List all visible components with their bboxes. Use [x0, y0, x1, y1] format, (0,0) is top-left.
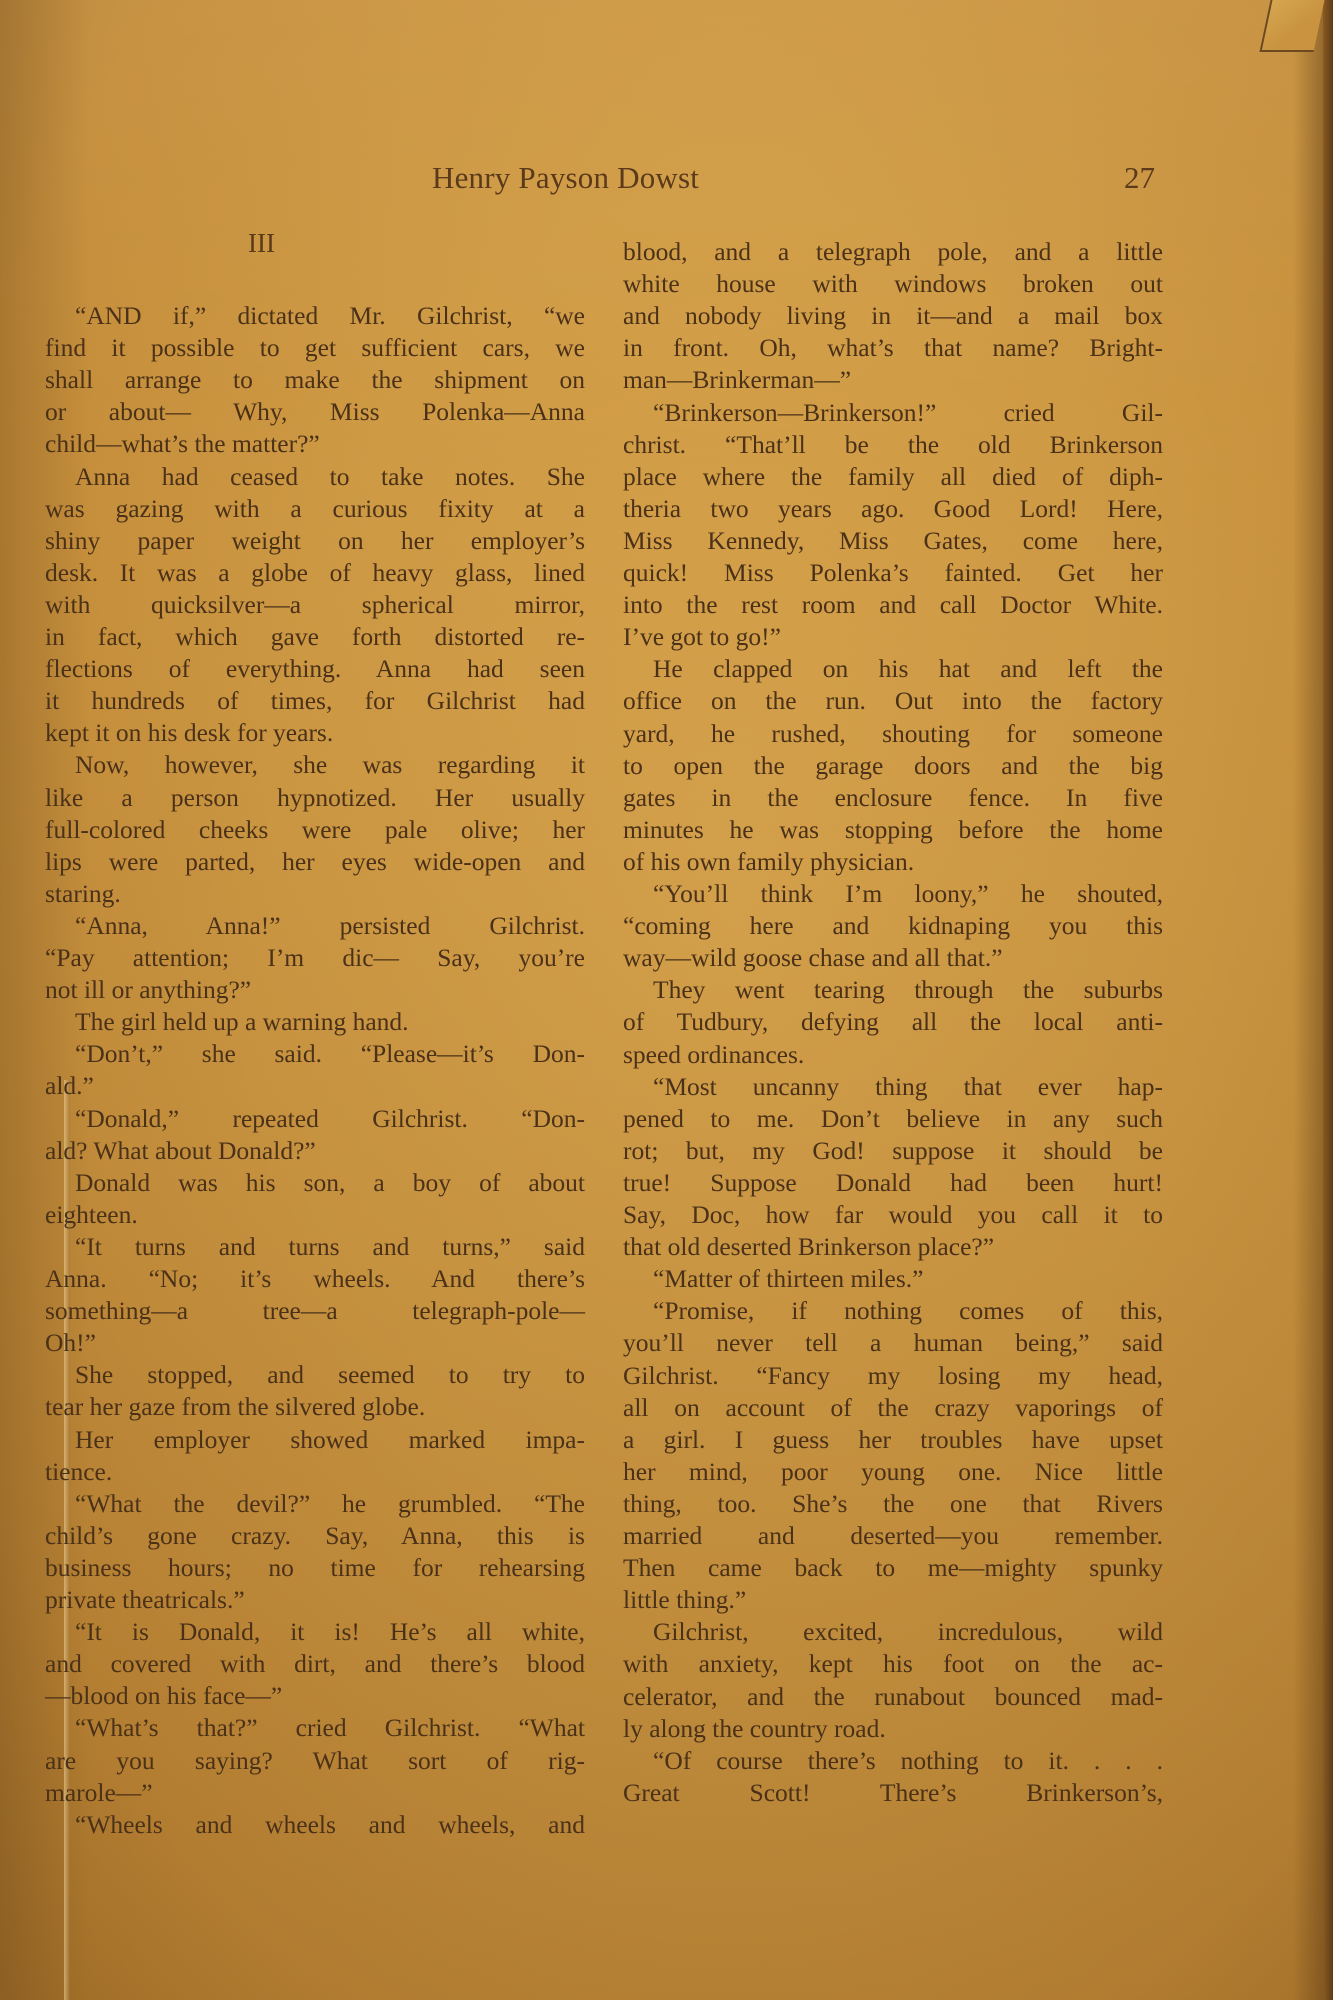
text-line: Anna. “No; it’s wheels. And there’s: [45, 1263, 585, 1295]
text-line: gates in the enclosure fence. In five: [623, 782, 1163, 814]
text-line: Say, Doc, how far would you call it to: [623, 1199, 1163, 1231]
text-line: business hours; no time for rehearsing: [45, 1552, 585, 1584]
text-line: you’ll never tell a human being,” said: [623, 1327, 1163, 1359]
text-line: “Anna, Anna!” persisted Gilchrist.: [45, 910, 585, 942]
text-line: with anxiety, kept his foot on the ac-: [623, 1648, 1163, 1680]
text-line: to open the garage doors and the big: [623, 750, 1163, 782]
running-head: Henry Payson Dowst 27: [0, 160, 1333, 204]
text-line: was gazing with a curious fixity at a: [45, 493, 585, 525]
text-line: way—wild goose chase and all that.”: [623, 942, 1163, 974]
text-line: theria two years ago. Good Lord! Here,: [623, 493, 1163, 525]
text-line: “You’ll think I’m loony,” he shouted,: [623, 878, 1163, 910]
text-line: “Don’t,” she said. “Please—it’s Don-: [45, 1038, 585, 1070]
text-line: lips were parted, her eyes wide-open and: [45, 846, 585, 878]
text-line: all on account of the crazy vaporings of: [623, 1392, 1163, 1424]
text-line: flections of everything. Anna had seen: [45, 653, 585, 685]
text-line: with quicksilver—a spherical mirror,: [45, 589, 585, 621]
text-line: Her employer showed marked impa-: [45, 1424, 585, 1456]
text-line: pened to me. Don’t believe in any such: [623, 1103, 1163, 1135]
text-line: Oh!”: [45, 1327, 585, 1359]
text-line: little thing.”: [623, 1584, 1163, 1616]
text-line: rot; but, my God! suppose it should be: [623, 1135, 1163, 1167]
text-line: “Wheels and wheels and wheels, and: [45, 1809, 585, 1841]
text-line: minutes he was stopping before the home: [623, 814, 1163, 846]
text-line: marole—”: [45, 1777, 585, 1809]
text-line: “It is Donald, it is! He’s all white,: [45, 1616, 585, 1648]
text-line: quick! Miss Polenka’s fainted. Get her: [623, 557, 1163, 589]
text-line: The girl held up a warning hand.: [45, 1006, 585, 1038]
text-line: “What’s that?” cried Gilchrist. “What: [45, 1712, 585, 1744]
text-line: are you saying? What sort of rig-: [45, 1745, 585, 1777]
text-line: “It turns and turns and turns,” said: [45, 1231, 585, 1263]
text-line: “What the devil?” he grumbled. “The: [45, 1488, 585, 1520]
text-line: “AND if,” dictated Mr. Gilchrist, “we: [45, 300, 585, 332]
running-head-title: Henry Payson Dowst: [432, 160, 699, 196]
text-line: man—Brinkerman—”: [623, 364, 1163, 396]
text-line: —blood on his face—”: [45, 1680, 585, 1712]
text-line: Then came back to me—mighty spunky: [623, 1552, 1163, 1584]
text-line: shiny paper weight on her employer’s: [45, 525, 585, 557]
text-line: Miss Kennedy, Miss Gates, come here,: [623, 525, 1163, 557]
text-line: a girl. I guess her troubles have upset: [623, 1424, 1163, 1456]
text-line: “Of course there’s nothing to it. . . .: [623, 1745, 1163, 1777]
text-line: desk. It was a globe of heavy glass, lin…: [45, 557, 585, 589]
text-line: staring.: [45, 878, 585, 910]
text-line: kept it on his desk for years.: [45, 717, 585, 749]
text-line: “Donald,” repeated Gilchrist. “Don-: [45, 1103, 585, 1135]
text-line: ald.”: [45, 1070, 585, 1102]
text-line: and nobody living in it—and a mail box: [623, 300, 1163, 332]
text-line: “Most uncanny thing that ever hap-: [623, 1071, 1163, 1103]
text-line: Now, however, she was regarding it: [45, 749, 585, 781]
chapter-number: III: [248, 228, 275, 259]
text-line: in front. Oh, what’s that name? Bright-: [623, 332, 1163, 364]
text-line: into the rest room and call Doctor White…: [623, 589, 1163, 621]
text-line: Great Scott! There’s Brinkerson’s,: [623, 1777, 1163, 1809]
text-line: that old deserted Brinkerson place?”: [623, 1231, 1163, 1263]
text-line: “Brinkerson—Brinkerson!” cried Gil-: [623, 397, 1163, 429]
text-line: something—a tree—a telegraph-pole—: [45, 1295, 585, 1327]
dog-ear-corner: [1259, 0, 1324, 52]
text-line: They went tearing through the suburbs: [623, 974, 1163, 1006]
text-line: He clapped on his hat and left the: [623, 653, 1163, 685]
text-line: eighteen.: [45, 1199, 585, 1231]
text-line: Gilchrist. “Fancy my losing my head,: [623, 1360, 1163, 1392]
text-line: shall arrange to make the shipment on: [45, 364, 585, 396]
text-line: married and deserted—you remember.: [623, 1520, 1163, 1552]
text-line: “Promise, if nothing comes of this,: [623, 1295, 1163, 1327]
text-line: speed ordinances.: [623, 1039, 1163, 1071]
text-line: “Matter of thirteen miles.”: [623, 1263, 1163, 1295]
text-line: thing, too. She’s the one that Rivers: [623, 1488, 1163, 1520]
text-line: true! Suppose Donald had been hurt!: [623, 1167, 1163, 1199]
text-line: find it possible to get sufficient cars,…: [45, 332, 585, 364]
text-line: christ. “That’ll be the old Brinkerson: [623, 429, 1163, 461]
text-line: in fact, which gave forth distorted re-: [45, 621, 585, 653]
page-edge: [1323, 0, 1333, 2000]
text-line: her mind, poor young one. Nice little: [623, 1456, 1163, 1488]
text-line: private theatricals.”: [45, 1584, 585, 1616]
text-line: place where the family all died of diph-: [623, 461, 1163, 493]
text-line: of Tudbury, defying all the local anti-: [623, 1006, 1163, 1038]
text-line: or about— Why, Miss Polenka—Anna: [45, 396, 585, 428]
text-line: white house with windows broken out: [623, 268, 1163, 300]
text-line: of his own family physician.: [623, 846, 1163, 878]
text-line: not ill or anything?”: [45, 974, 585, 1006]
text-line: Anna had ceased to take notes. She: [45, 461, 585, 493]
text-line: yard, he rushed, shouting for someone: [623, 718, 1163, 750]
text-line: Donald was his son, a boy of about: [45, 1167, 585, 1199]
page-number: 27: [1124, 160, 1155, 196]
text-line: celerator, and the runabout bounced mad-: [623, 1681, 1163, 1713]
text-line: it hundreds of times, for Gilchrist had: [45, 685, 585, 717]
text-line: Gilchrist, excited, incredulous, wild: [623, 1616, 1163, 1648]
text-line: tience.: [45, 1456, 585, 1488]
text-line: blood, and a telegraph pole, and a littl…: [623, 236, 1163, 268]
text-line: full-colored cheeks were pale olive; her: [45, 814, 585, 846]
text-line: “coming here and kidnaping you this: [623, 910, 1163, 942]
text-line: She stopped, and seemed to try to: [45, 1359, 585, 1391]
text-line: ly along the country road.: [623, 1713, 1163, 1745]
text-line: office on the run. Out into the factory: [623, 685, 1163, 717]
text-line: child—what’s the matter?”: [45, 428, 585, 460]
text-line: ald? What about Donald?”: [45, 1135, 585, 1167]
text-line: like a person hypnotized. Her usually: [45, 782, 585, 814]
text-line: tear her gaze from the silvered globe.: [45, 1391, 585, 1423]
text-line: child’s gone crazy. Say, Anna, this is: [45, 1520, 585, 1552]
text-line: and covered with dirt, and there’s blood: [45, 1648, 585, 1680]
text-line: I’ve got to go!”: [623, 621, 1163, 653]
text-line: “Pay attention; I’m dic— Say, you’re: [45, 942, 585, 974]
